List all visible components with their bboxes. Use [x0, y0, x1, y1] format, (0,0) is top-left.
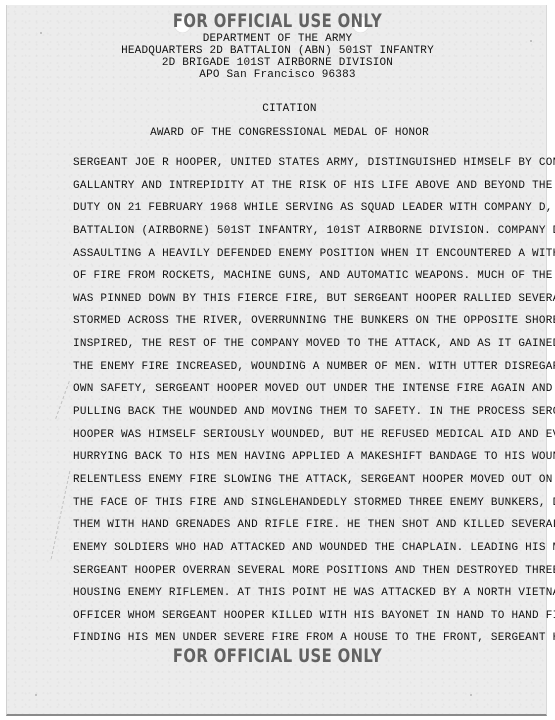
- body-line: GALLANTRY AND INTREPIDITY AT THE RISK OF…: [73, 178, 548, 201]
- citation-body: SERGEANT JOE R HOOPER, UNITED STATES ARM…: [73, 155, 548, 653]
- body-line: SERGEANT HOOPER OVERRAN SEVERAL MORE POS…: [73, 563, 548, 586]
- body-line: SERGEANT JOE R HOOPER, UNITED STATES ARM…: [73, 155, 548, 178]
- body-line: RELENTLESS ENEMY FIRE SLOWING THE ATTACK…: [73, 472, 548, 495]
- body-line: WAS PINNED DOWN BY THIS FIERCE FIRE, BUT…: [73, 291, 548, 314]
- body-line: INSPIRED, THE REST OF THE COMPANY MOVED …: [73, 336, 548, 359]
- body-line: PULLING BACK THE WOUNDED AND MOVING THEM…: [73, 404, 548, 427]
- classification-stamp-top: FOR OFFICIAL USE ONLY: [61, 10, 494, 32]
- body-line: STORMED ACROSS THE RIVER, OVERRUNNING TH…: [73, 313, 548, 336]
- body-line: ENEMY SOLDIERS WHO HAD ATTACKED AND WOUN…: [73, 540, 548, 563]
- paper-speck: [35, 694, 37, 696]
- award-title: AWARD OF THE CONGRESSIONAL MEDAL OF HONO…: [12, 127, 555, 139]
- body-line: THE FACE OF THIS FIRE AND SINGLEHANDEDLY…: [73, 495, 548, 518]
- body-line: HURRYING BACK TO HIS MEN HAVING APPLIED …: [73, 449, 548, 472]
- paper-speck: [300, 360, 302, 362]
- body-line: HOUSING ENEMY RIFLEMEN. AT THIS POINT HE…: [73, 585, 548, 608]
- header-apo-address: APO San Francisco 96383: [0, 69, 555, 82]
- paper-speck: [470, 694, 472, 696]
- citation-title: CITATION: [12, 103, 555, 115]
- classification-stamp-bottom: FOR OFFICIAL USE ONLY: [61, 645, 494, 667]
- body-line: OWN SAFETY, SERGEANT HOOPER MOVED OUT UN…: [73, 381, 548, 404]
- body-line: OF FIRE FROM ROCKETS, MACHINE GUNS, AND …: [73, 268, 548, 291]
- body-line: THEM WITH HAND GRENADES AND RIFLE FIRE. …: [73, 517, 548, 540]
- paper-speck: [40, 32, 42, 34]
- body-line: HOOPER WAS HIMSELF SERIOUSLY WOUNDED, BU…: [73, 427, 548, 450]
- body-line: DUTY ON 21 FEBRUARY 1968 WHILE SERVING A…: [73, 200, 548, 223]
- body-line: ASSAULTING A HEAVILY DEFENDED ENEMY POSI…: [73, 246, 548, 269]
- paper-speck: [530, 40, 532, 42]
- body-line: OFFICER WHOM SERGEANT HOOPER KILLED WITH…: [73, 608, 548, 631]
- body-line: THE ENEMY FIRE INCREASED, WOUNDING A NUM…: [73, 359, 548, 382]
- body-line: BATTALION (AIRBORNE) 501ST INFANTRY, 101…: [73, 223, 548, 246]
